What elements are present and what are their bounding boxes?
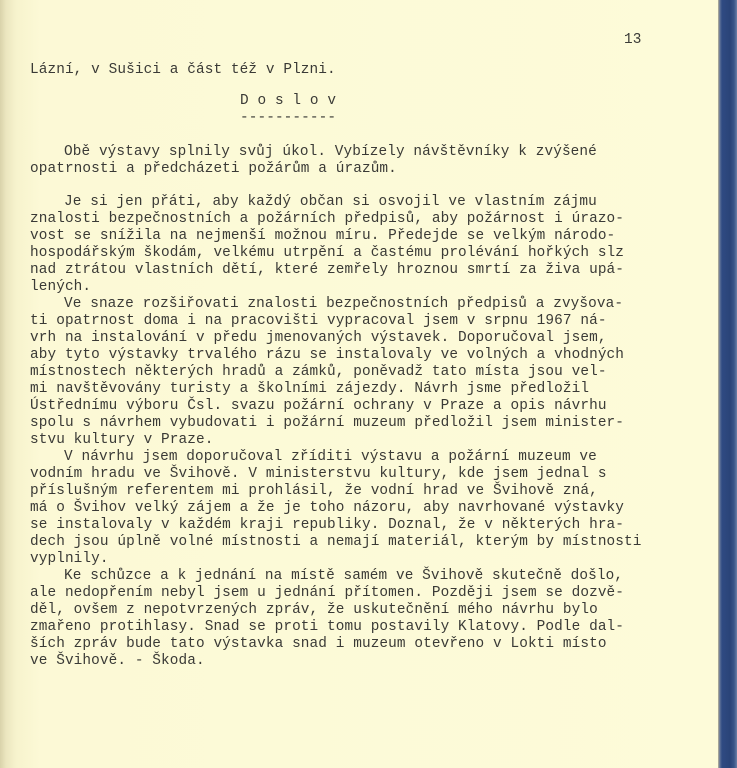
text-line: ale nedopřením nebyl jsem u jednání přít… [30, 585, 624, 602]
text-line: aby tyto výstavky trvalého rázu se insta… [30, 347, 624, 364]
text-line: Ústřednímu výboru Čsl. svazu požární och… [30, 398, 607, 415]
text-line: Lázní, v Sušici a část též v Plzni. [30, 62, 336, 79]
document-page: 13 Lázní, v Sušici a část též v Plzni.D … [0, 0, 718, 768]
text-line: vodním hradu ve Švihově. V ministerstvu … [30, 466, 607, 483]
text-line: ti opatrnost doma i na pracovišti vyprac… [30, 313, 607, 330]
text-line: má o Švihov velký zájem a že je toho náz… [30, 500, 624, 517]
book-binding-edge [718, 0, 737, 768]
text-line: vyplnily. [30, 551, 109, 568]
text-line: spolu s návrhem vybudovati i požární muz… [30, 415, 624, 432]
text-line: Je si jen přáti, aby každý občan si osvo… [64, 194, 597, 211]
text-line: vost se snížila na nejmenší možnou míru.… [30, 228, 615, 245]
text-line: hospodářským škodám, velkému utrpění a č… [30, 245, 624, 262]
text-line: opatrnosti a předcházeti požárům a úrazů… [30, 161, 397, 178]
text-line: V návrhu jsem doporučoval zříditi výstav… [64, 449, 597, 466]
text-line: dech jsou úplně volné místnosti a nemají… [30, 534, 642, 551]
text-line: zmařeno protihlasy. Snad se proti tomu p… [30, 619, 624, 636]
page-number: 13 [624, 32, 641, 49]
text-line: Ve snaze rozšiřovati znalosti bezpečnost… [64, 296, 623, 313]
text-line: místnostech některých hradů a zámků, pon… [30, 364, 607, 381]
section-title: D o s l o v [240, 93, 336, 110]
text-line: příslušným referentem mi prohlásil, že v… [30, 483, 598, 500]
title-underline: ----------- [240, 110, 336, 127]
text-line: Obě výstavy splnily svůj úkol. Vybízely … [64, 144, 597, 161]
text-line: nad ztrátou vlastních dětí, které zemřel… [30, 262, 624, 279]
text-line: stvu kultury v Praze. [30, 432, 213, 449]
text-line: Ke schůzce a k jednání na místě samém ve… [64, 568, 623, 585]
text-line: lených. [30, 279, 91, 296]
text-line: děl, ovšem z nepotvrzených zpráv, že usk… [30, 602, 598, 619]
text-line: ších zpráv bude tato výstavka snad i muz… [30, 636, 607, 653]
text-line: ve Švihově. - Škoda. [30, 653, 205, 670]
text-line: znalosti bezpečnostních a požárních před… [30, 211, 624, 228]
text-line: se instalovaly v každém kraji republiky.… [30, 517, 624, 534]
text-line: mi navštěvovány turisty a školními zájez… [30, 381, 589, 398]
text-line: vrh na instalování v předu jmenovaných v… [30, 330, 607, 347]
